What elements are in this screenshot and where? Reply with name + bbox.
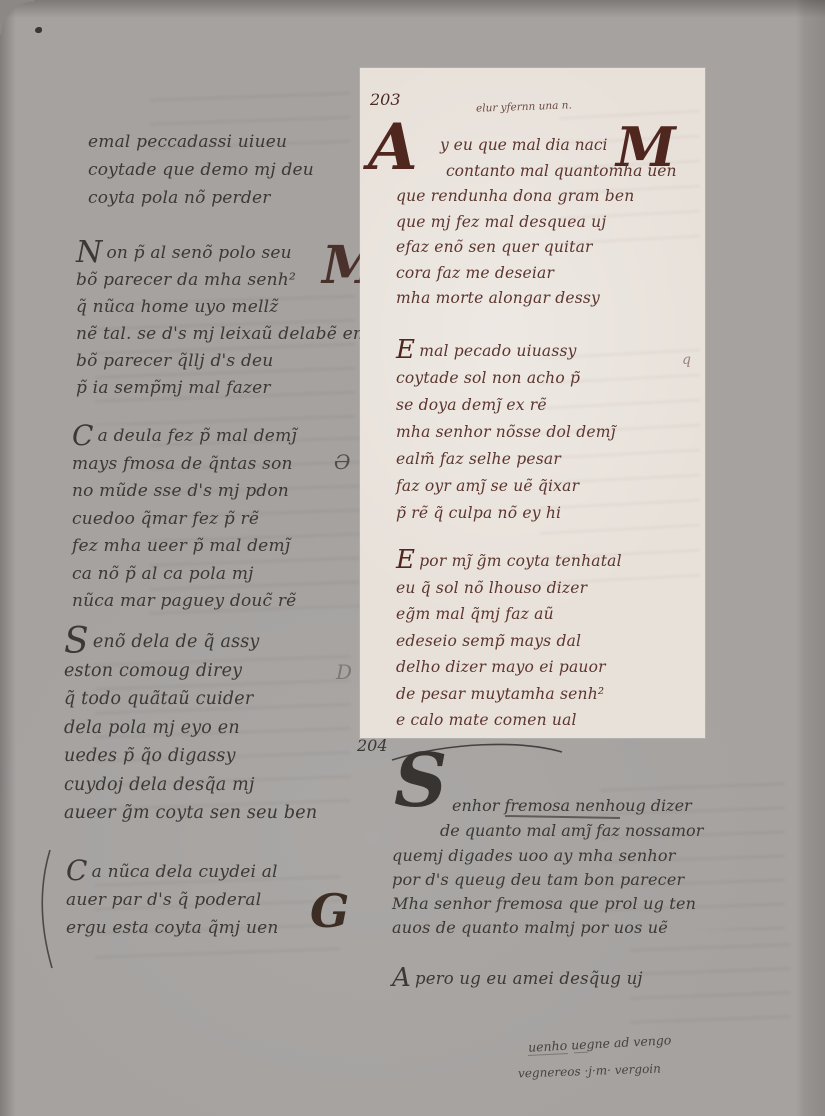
verse-line: que mj fez mal desquea uj [396, 210, 635, 236]
verse-line: quemj digades uoo ay mha senhor [392, 844, 696, 868]
verse-line: q̃ todo quãtaũ cuider [64, 685, 317, 714]
page-corner [0, 0, 34, 34]
verse-line: mha senhor nõsse dol demj̃ [396, 419, 616, 446]
bleed-through-texture [630, 940, 790, 1035]
page-edge-right [796, 0, 825, 1116]
verse-line: p̃ rẽ q̃ culpa nõ ey hi [396, 500, 616, 527]
verse-line: de pesar muytamha senh² [396, 681, 622, 708]
left-stanza-3: Ca deula fez p̃ mal demj̃ mays fmosa de … [72, 423, 297, 616]
verse-line: ergu esta coyta q̃mj uen [66, 914, 279, 942]
page-edge-left [0, 0, 16, 1116]
verse-line: coyta pola nõ perder [88, 184, 314, 212]
verse-line: contanto mal quantomha uen [446, 162, 676, 180]
verse-line: eston comoug direy [64, 657, 317, 686]
verse-line: cuydoj dela desq̃a mj [64, 771, 317, 800]
highlight-region: 203 elur yfernn una n. A M y eu que mal … [360, 68, 705, 738]
verse-line: mays fmosa de q̃ntas son [72, 451, 297, 479]
highlight-stanza-2: Emal pecado uiuassy coytade sol non acho… [396, 338, 616, 527]
margin-initial-G: G [310, 888, 349, 934]
drop-cap: C [72, 423, 94, 449]
pen-stroke [505, 815, 620, 819]
highlight-stanza-1: que rendunha dona gram ben que mj fez ma… [396, 184, 635, 312]
verse-line: ca nõ p̃ al ca pola mj [72, 561, 297, 589]
verse-line: edeseio semp̃ mays dal [396, 628, 622, 655]
drop-cap: E [396, 548, 415, 573]
verse-line: que rendunha dona gram ben [396, 184, 635, 210]
folio-number-204: 204 [357, 736, 388, 755]
verse-line: delho dizer mayo ei pauor [396, 654, 622, 681]
verse-line: Mha senhor fremosa que prol ug ten [392, 892, 696, 916]
verse-line: faz oyr amj̃ se uẽ q̃ixar [396, 473, 616, 500]
bottom-stanza-1: quemj digades uoo ay mha senhor por d's … [392, 844, 696, 940]
verse-line: se doya demj̃ ex rẽ [396, 392, 616, 419]
page-edge-top [0, 0, 825, 18]
verse-line: fez mha ueer p̃ mal demj̃ [72, 533, 297, 561]
verse-line: de quanto mal amj̃ faz nossamor [440, 821, 703, 840]
margin-mark: q [682, 352, 691, 368]
highlight-stanza-3: Epor mj̃ g̃m coyta tenhatal eu q̃ sol nõ… [396, 548, 622, 734]
manuscript-photo: emal peccadassi uiueu coytade que demo m… [0, 0, 825, 1116]
drop-cap: A [392, 966, 411, 991]
verse-line: cora faz me deseiar [396, 261, 635, 287]
verse-line: no mũde sse d's mj pdon [72, 478, 297, 506]
drop-cap: N [76, 240, 102, 266]
verse-line: emal peccadassi uiueu [88, 128, 314, 156]
bottom-stanza-2: Apero ug eu amei desq̃ug uj [392, 966, 643, 992]
verse-line: Emal pecado uiuassy [396, 338, 616, 365]
scribal-note: elur yfernn una n. [476, 99, 572, 114]
verse-line: ealm̃ faz selhe pesar [396, 446, 616, 473]
left-stanza-5: Ca nũca dela cuydei al auer par d's q̃ p… [66, 858, 279, 942]
drop-cap-S: S [394, 744, 447, 818]
verse-line: Epor mj̃ g̃m coyta tenhatal [396, 548, 622, 575]
annotation-line-1: uenho uegne ad vengo [528, 1032, 672, 1054]
verse-line: y eu que mal dia naci [440, 136, 608, 154]
margin-mark: Ə [334, 450, 350, 474]
verse-line: Ca nũca dela cuydei al [66, 858, 279, 886]
manuscript-page: emal peccadassi uiueu coytade que demo m… [0, 0, 825, 1116]
verse-line: nũca mar paguey douc̃ rẽ [72, 588, 297, 616]
drop-cap: C [66, 858, 88, 884]
verse-line: Ca deula fez p̃ mal demj̃ [72, 423, 297, 451]
verse-line: dela pola mj eyo en [64, 714, 317, 743]
verse-line: mha morte alongar dessy [396, 286, 635, 312]
verse-line: auos de quanto malmj por uos uẽ [392, 916, 696, 940]
left-stanza-1: emal peccadassi uiueu coytade que demo m… [88, 128, 314, 212]
verse-line: coytade que demo mj deu [88, 156, 314, 184]
verse-line: cuedoo q̃mar fez p̃ rẽ [72, 506, 297, 534]
annotation-line-2: vegnereos ·j·m· vergoin [518, 1062, 661, 1081]
drop-cap-A: A [368, 116, 418, 180]
margin-flourish [36, 848, 58, 970]
verse-line: Senõ dela de q̃ assy [64, 628, 317, 657]
verse-line: coytade sol non acho p̃ [396, 365, 616, 392]
drop-cap: S [64, 628, 89, 655]
verse-line: aueer g̃m coyta sen seu ben [64, 799, 317, 828]
verse-line: e calo mate comen ual [396, 707, 622, 734]
verse-line: auer par d's q̃ poderal [66, 886, 279, 914]
folio-number-203: 203 [370, 90, 401, 109]
ink-speck [35, 27, 42, 33]
left-stanza-4: Senõ dela de q̃ assy eston comoug direy … [64, 628, 317, 828]
margin-mark: D [336, 660, 352, 684]
verse-line: efaz enõ sen quer quitar [396, 235, 635, 261]
annotation-underline [574, 1052, 588, 1054]
verse-line: enhor fremosa nenhoug dizer [452, 796, 692, 815]
verse-line: por d's queug deu tam bon parecer [392, 868, 696, 892]
verse-line: uedes p̃ q̃o digassy [64, 742, 317, 771]
drop-cap: E [396, 338, 415, 363]
verse-line: eg̃m mal q̃mj faz aũ [396, 601, 622, 628]
verse-line: Apero ug eu amei desq̃ug uj [392, 966, 643, 992]
verse-line: eu q̃ sol nõ lhouso dizer [396, 575, 622, 602]
